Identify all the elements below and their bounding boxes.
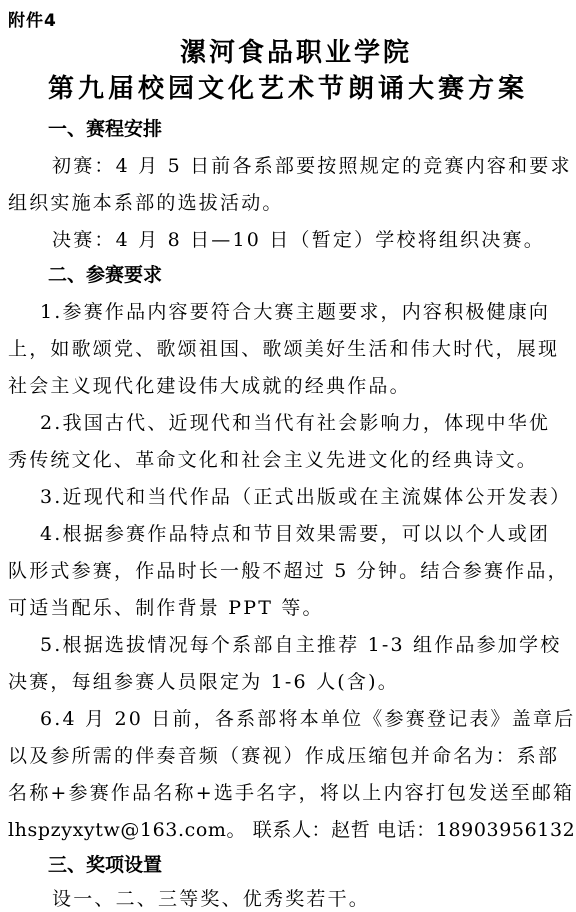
schedule-line-preliminary: 初赛：4 月 5 日前各系部要按照规定的竞赛内容和要求 [52,151,572,178]
requirement-line: 1.参赛作品内容要符合大赛主题要求，内容积极健康向 [40,297,550,324]
schedule-line-final: 决赛：4 月 8 日—10 日（暂定）学校将组织决赛。 [52,225,545,252]
awards-line: 设一、二、三等奖、优秀奖若干。 [52,884,370,911]
requirement-line: 上，如歌颂党、歌颂祖国、歌颂美好生活和伟大时代，展现 [8,334,559,361]
requirement-line: 秀传统文化、革命文化和社会主义先进文化的经典诗文。 [8,445,538,472]
requirement-line: 以及参所需的伴奏音频（赛视）作成压缩包并命名为：系部 [8,741,559,768]
section-heading-schedule: 一、赛程安排 [48,114,162,141]
attachment-label: 附件4 [8,6,57,31]
section-heading-awards: 三、奖项设置 [48,850,162,877]
requirement-line: 决赛，每组参赛人员限定为 1-6 人(含)。 [8,667,399,694]
contact-line: lhspzyxytw@163.com。 联系人：赵哲 电话：1890395613… [8,815,575,842]
requirement-line: 名称+参赛作品名称+选手名字，将以上内容打包发送至邮箱 [8,778,574,805]
requirement-line: 社会主义现代化建设伟大成就的经典作品。 [8,371,411,398]
schedule-line-preliminary-cont: 组织实施本系部的选拔活动。 [8,188,284,215]
requirement-line: 队形式参赛，作品时长一般不超过 5 分钟。结合参赛作品， [8,556,569,583]
requirement-line: 6.4 月 20 日前，各系部将本单位《参赛登记表》盖章后、 [40,704,576,731]
document-title-plan: 第九届校园文化艺术节朗诵大赛方案 [0,68,576,105]
document-page: 附件4 漯河食品职业学院 第九届校园文化艺术节朗诵大赛方案 一、赛程安排 初赛：… [0,0,576,912]
requirement-line: 2.我国古代、近现代和当代有社会影响力，体现中华优 [40,408,550,435]
document-title-school: 漯河食品职业学院 [8,32,576,69]
section-heading-requirements: 二、参赛要求 [48,260,162,287]
requirement-line: 4.根据参赛作品特点和节目效果需要，可以以个人或团 [40,519,550,546]
requirement-line: 可适当配乐、制作背景 PPT 等。 [8,593,324,620]
requirement-line: 3.近现代和当代作品（正式出版或在主流媒体公开发表） [40,482,571,509]
requirement-line: 5.根据选拔情况每个系部自主推荐 1-3 组作品参加学校 [40,630,561,657]
